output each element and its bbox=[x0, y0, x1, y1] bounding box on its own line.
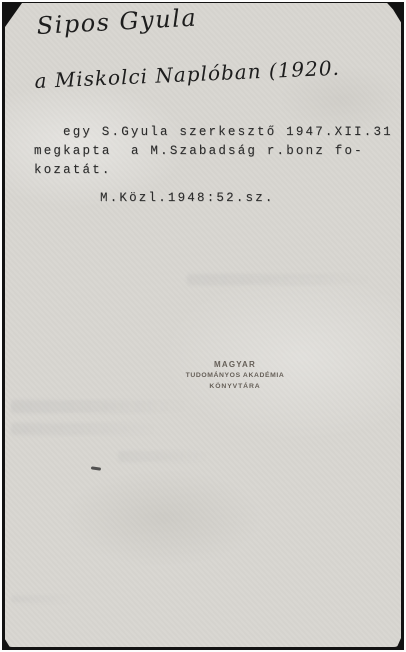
typed-reference: M.Közl.1948:52.sz. bbox=[100, 191, 275, 205]
library-stamp: MAGYAR TUDOMÁNYOS AKADÉMIA KÖNYVTÁRA bbox=[164, 359, 306, 392]
pen-mark bbox=[91, 466, 101, 470]
catalog-card-paper: Sipos Gyula a Miskolci Naplóban (1920. e… bbox=[5, 3, 401, 647]
typed-line-2: megkapta a M.Szabadság r.bonz fo- bbox=[34, 142, 393, 161]
handwritten-name: Sipos Gyula bbox=[36, 4, 198, 40]
bleedthrough-smudge bbox=[11, 400, 193, 413]
typed-text-block: egy S.Gyula szerkesztő 1947.XII.31 megka… bbox=[34, 123, 393, 180]
typed-line-3: kozatát. bbox=[34, 161, 393, 180]
stamp-line-1: MAGYAR bbox=[164, 359, 306, 370]
scanned-catalog-card: Sipos Gyula a Miskolci Naplóban (1920. e… bbox=[0, 0, 406, 652]
typed-line-1: egy S.Gyula szerkesztő 1947.XII.31 bbox=[34, 123, 393, 142]
bleedthrough-smudge bbox=[11, 595, 73, 603]
stamp-line-2: TUDOMÁNYOS AKADÉMIA bbox=[164, 370, 306, 381]
stamp-line-3: KÖNYVTÁRA bbox=[164, 381, 306, 392]
bleedthrough-smudge bbox=[118, 451, 210, 462]
bleedthrough-smudge bbox=[187, 274, 377, 285]
bleedthrough-smudge bbox=[11, 423, 161, 435]
handwritten-note: a Miskolci Naplóban (1920. bbox=[34, 56, 340, 93]
